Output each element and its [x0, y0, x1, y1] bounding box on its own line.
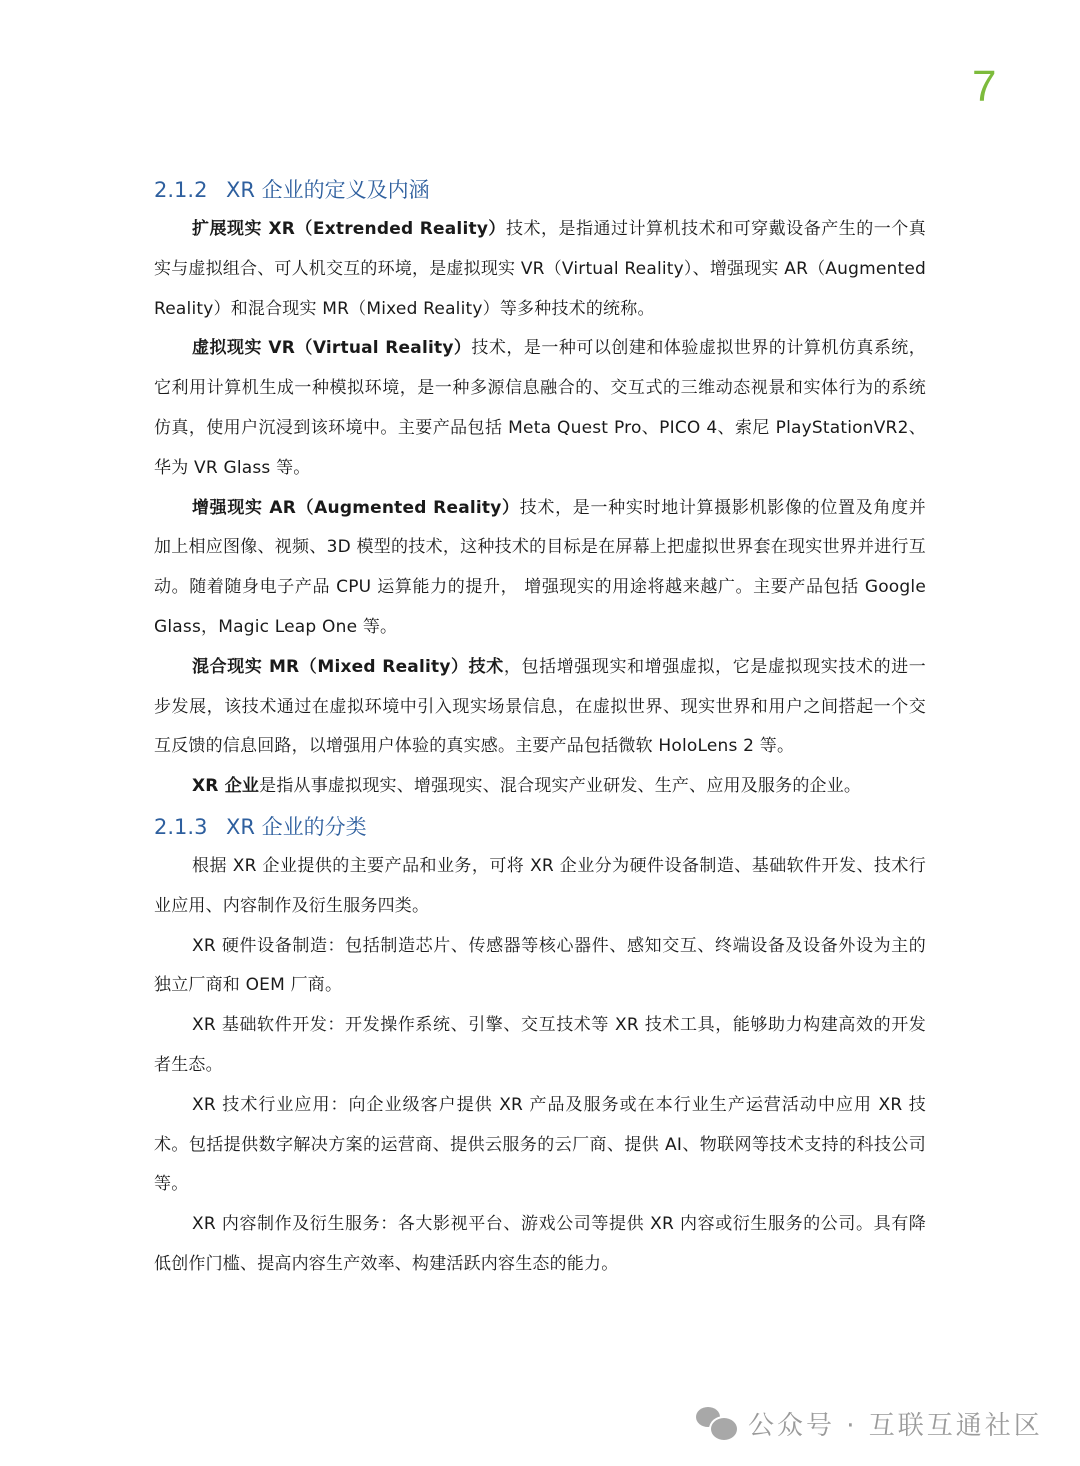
- paragraph-text: XR 基础软件开发：开发操作系统、引擎、交互技术等 XR 技术工具，能够助力构建…: [154, 1015, 926, 1075]
- page-number: 7: [972, 62, 996, 112]
- watermark: 公众号 · 互联互通社区: [696, 1400, 1043, 1446]
- paragraph-text: XR 内容制作及衍生服务：各大影视平台、游戏公司等提供 XR 内容或衍生服务的公…: [154, 1214, 926, 1274]
- term: XR 企业: [192, 776, 259, 796]
- paragraph: XR 技术行业应用：向企业级客户提供 XR 产品及服务或在本行业生产运营活动中应…: [154, 1086, 926, 1205]
- term: 虚拟现实 VR（Virtual Reality）: [192, 338, 471, 358]
- term: 扩展现实 XR（Extrended Reality）: [192, 219, 506, 239]
- document-body: 2.1.2XR 企业的定义及内涵 扩展现实 XR（Extrended Reali…: [154, 170, 926, 1285]
- paragraph: 混合现实 MR（Mixed Reality）技术，包括增强现实和增强虚拟，它是虚…: [154, 648, 926, 767]
- paragraph: XR 企业是指从事虚拟现实、增强现实、混合现实产业研发、生产、应用及服务的企业。: [154, 767, 926, 807]
- section-number: 2.1.2: [154, 170, 226, 210]
- paragraph-text: 是指从事虚拟现实、增强现实、混合现实产业研发、生产、应用及服务的企业。: [259, 776, 861, 796]
- paragraph-text: XR 硬件设备制造：包括制造芯片、传感器等核心器件、感知交互、终端设备及设备外设…: [154, 936, 926, 996]
- paragraph: XR 内容制作及衍生服务：各大影视平台、游戏公司等提供 XR 内容或衍生服务的公…: [154, 1205, 926, 1285]
- term: 增强现实 AR（Augmented Reality）: [192, 498, 520, 518]
- section-title: XR 企业的定义及内涵: [226, 178, 430, 202]
- paragraph: 虚拟现实 VR（Virtual Reality）技术，是一种可以创建和体验虚拟世…: [154, 329, 926, 488]
- paragraph: XR 基础软件开发：开发操作系统、引擎、交互技术等 XR 技术工具，能够助力构建…: [154, 1006, 926, 1086]
- section-heading: 2.1.3XR 企业的分类: [154, 807, 926, 847]
- watermark-text: 公众号 · 互联互通社区: [748, 1405, 1043, 1442]
- paragraph-text: 根据 XR 企业提供的主要产品和业务，可将 XR 企业分为硬件设备制造、基础软件…: [154, 856, 926, 916]
- paragraph: 根据 XR 企业提供的主要产品和业务，可将 XR 企业分为硬件设备制造、基础软件…: [154, 847, 926, 927]
- wechat-icon: [696, 1405, 738, 1441]
- paragraph-text: XR 技术行业应用：向企业级客户提供 XR 产品及服务或在本行业生产运营活动中应…: [154, 1095, 926, 1195]
- paragraph: XR 硬件设备制造：包括制造芯片、传感器等核心器件、感知交互、终端设备及设备外设…: [154, 927, 926, 1007]
- section-title: XR 企业的分类: [226, 815, 367, 839]
- section-number: 2.1.3: [154, 807, 226, 847]
- paragraph: 扩展现实 XR（Extrended Reality）技术，是指通过计算机技术和可…: [154, 210, 926, 329]
- paragraph-text: 技术，是一种可以创建和体验虚拟世界的计算机仿真系统，它利用计算机生成一种模拟环境…: [154, 338, 926, 477]
- paragraph-text: 技术，是一种实时地计算摄影机影像的位置及角度并加上相应图像、视频、3D 模型的技…: [154, 498, 926, 637]
- term: 混合现实 MR（Mixed Reality）技术: [192, 657, 504, 677]
- paragraph: 增强现实 AR（Augmented Reality）技术，是一种实时地计算摄影机…: [154, 489, 926, 648]
- section-heading: 2.1.2XR 企业的定义及内涵: [154, 170, 926, 210]
